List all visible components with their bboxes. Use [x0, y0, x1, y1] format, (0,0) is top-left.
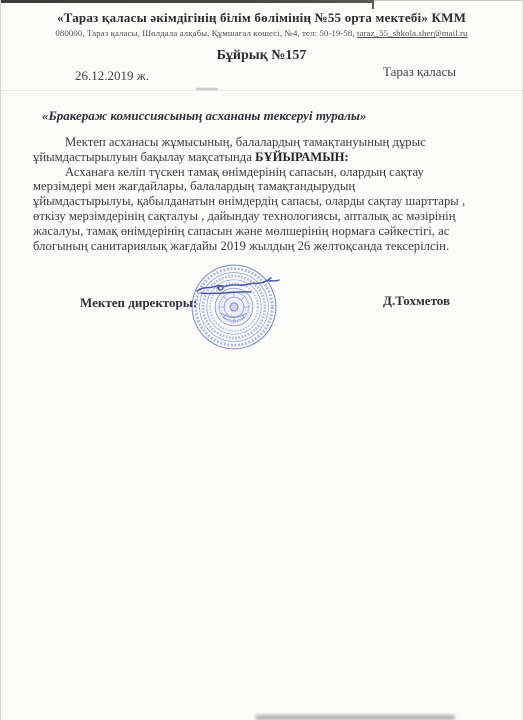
order-number-title: Бұйрық №157: [0, 48, 523, 64]
org-name: «Тараз қаласы әкімдігінің білім бөліміні…: [0, 10, 523, 26]
scan-artifact-top-edge: [0, 0, 373, 3]
directive-text: БҰЙЫРАМЫН:: [255, 150, 349, 164]
body-line: Асханаға келіп түскен тамақ өнімдерінің …: [33, 165, 493, 180]
org-email: taraz_55_shkola.sher@mail.ru: [357, 28, 468, 38]
org-address-text: 080000, Тараз қаласы, Шөлдала алқабы, Құ…: [55, 28, 357, 38]
scanned-order-document: «Тараз қаласы әкімдігінің білім бөліміні…: [0, 0, 523, 720]
scan-artifact-center-dash: [196, 88, 218, 90]
body-line: блогының санитариялық жағдайы 2019 жылды…: [33, 239, 493, 254]
body-line-text: ұйымдастырылуын бақылау мақсатында: [33, 150, 255, 164]
director-signature: [193, 273, 283, 301]
body-line: өткізу мерзімдерінің сақталуы , дайындау…: [33, 209, 493, 224]
body-line: ұйымдастырылуы, қабылданатын өнімдердің …: [33, 194, 493, 209]
body-line: мерзімдері мен жағдайлары, балалардың та…: [33, 179, 493, 194]
scan-artifact-faint-rule: [0, 90, 523, 91]
body-line: жасалуы, тамақ өнімдерінің сапасын және …: [33, 224, 493, 239]
order-city: Тараз қаласы: [383, 64, 456, 80]
order-subject: «Бракераж комиссиясының асхананы тексеру…: [42, 108, 502, 124]
scan-artifact-bottom-smudge: [255, 715, 455, 720]
order-body: Мектеп асханасы жұмысының, балалардың та…: [33, 135, 493, 253]
order-date: 26.12.2019 ж.: [75, 68, 149, 84]
org-address: 080000, Тараз қаласы, Шөлдала алқабы, Құ…: [0, 28, 523, 38]
signature-name: Д.Тохметов: [383, 293, 450, 309]
scan-artifact-top-edge-thin: [373, 0, 523, 1]
body-line: Мектеп асханасы жұмысының, балалардың та…: [33, 135, 493, 150]
signature-role-label: Мектеп директоры:: [80, 295, 197, 311]
scan-artifact-top-tick: [372, 0, 374, 9]
body-line: ұйымдастырылуын бақылау мақсатында БҰЙЫР…: [33, 150, 493, 165]
scan-artifact-left-edge: [0, 0, 1, 720]
